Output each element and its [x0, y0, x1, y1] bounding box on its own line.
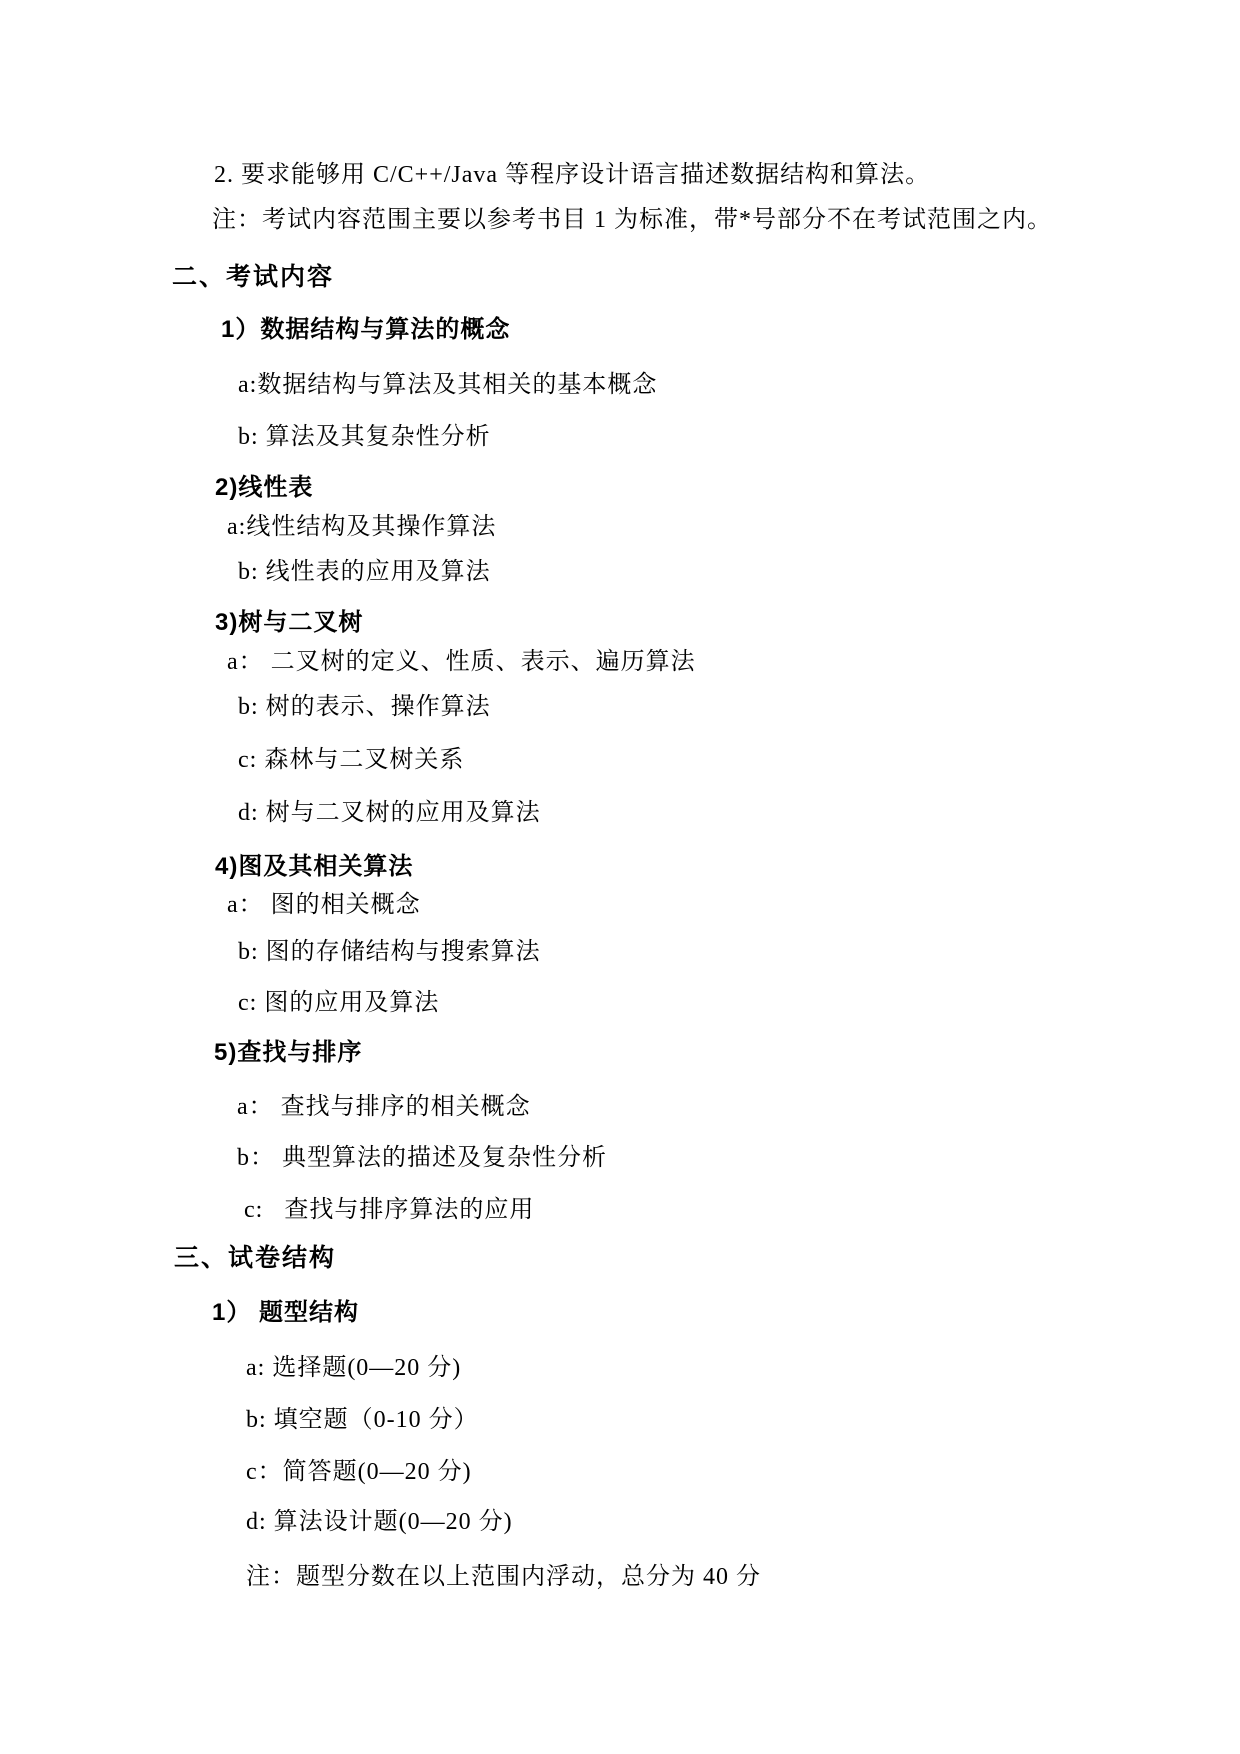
para-note: 注：考试内容范围主要以参考书目 1 为标准，带*号部分不在考试范围之内。: [212, 205, 1052, 235]
section-heading-paper-structure: 三、试卷结构: [174, 1243, 336, 1273]
para-requirement: 2. 要求能够用 C/C++/Java 等程序设计语言描述数据结构和算法。: [214, 160, 930, 190]
topic-title-search-sort: 5)查找与排序: [214, 1038, 362, 1068]
topic-title-linear-list: 2)线性表: [215, 473, 313, 503]
topic-title-graphs: 4)图及其相关算法: [215, 852, 413, 882]
topic-point: b: 图的存储结构与搜索算法: [238, 937, 541, 967]
topic-point: b: 树的表示、操作算法: [238, 692, 491, 722]
topic-point: b: 线性表的应用及算法: [238, 557, 491, 587]
topic-point: a： 查找与排序的相关概念: [237, 1092, 531, 1122]
topic-point: b: 填空题（0-10 分）: [246, 1405, 479, 1435]
topic-point: c: 图的应用及算法: [238, 988, 439, 1018]
topic-title-trees: 3)树与二叉树: [215, 608, 363, 638]
topic-point: d: 树与二叉树的应用及算法: [238, 798, 541, 828]
section-heading-exam-content: 二、考试内容: [172, 262, 334, 292]
topic-point: b： 典型算法的描述及复杂性分析: [237, 1143, 607, 1173]
topic-point: c: 森林与二叉树关系: [238, 745, 464, 775]
score-note: 注：题型分数在以上范围内浮动，总分为 40 分: [246, 1562, 761, 1592]
topic-point: a:数据结构与算法及其相关的基本概念: [238, 370, 657, 400]
topic-point: a: 选择题(0—20 分): [246, 1353, 461, 1383]
topic-point: c：简答题(0—20 分): [246, 1457, 472, 1487]
topic-point: a： 图的相关概念: [227, 890, 421, 920]
topic-point: a： 二叉树的定义、性质、表示、遍历算法: [227, 647, 696, 677]
topic-point: a:线性结构及其操作算法: [227, 512, 496, 542]
topic-point: b: 算法及其复杂性分析: [238, 422, 491, 452]
topic-title-concepts: 1）数据结构与算法的概念: [221, 315, 510, 345]
topic-title-question-types: 1） 题型结构: [212, 1298, 359, 1328]
topic-point: d: 算法设计题(0—20 分): [246, 1507, 513, 1537]
topic-point: c: 查找与排序算法的应用: [244, 1195, 534, 1225]
document-page: 2. 要求能够用 C/C++/Java 等程序设计语言描述数据结构和算法。 注：…: [0, 0, 1240, 1754]
